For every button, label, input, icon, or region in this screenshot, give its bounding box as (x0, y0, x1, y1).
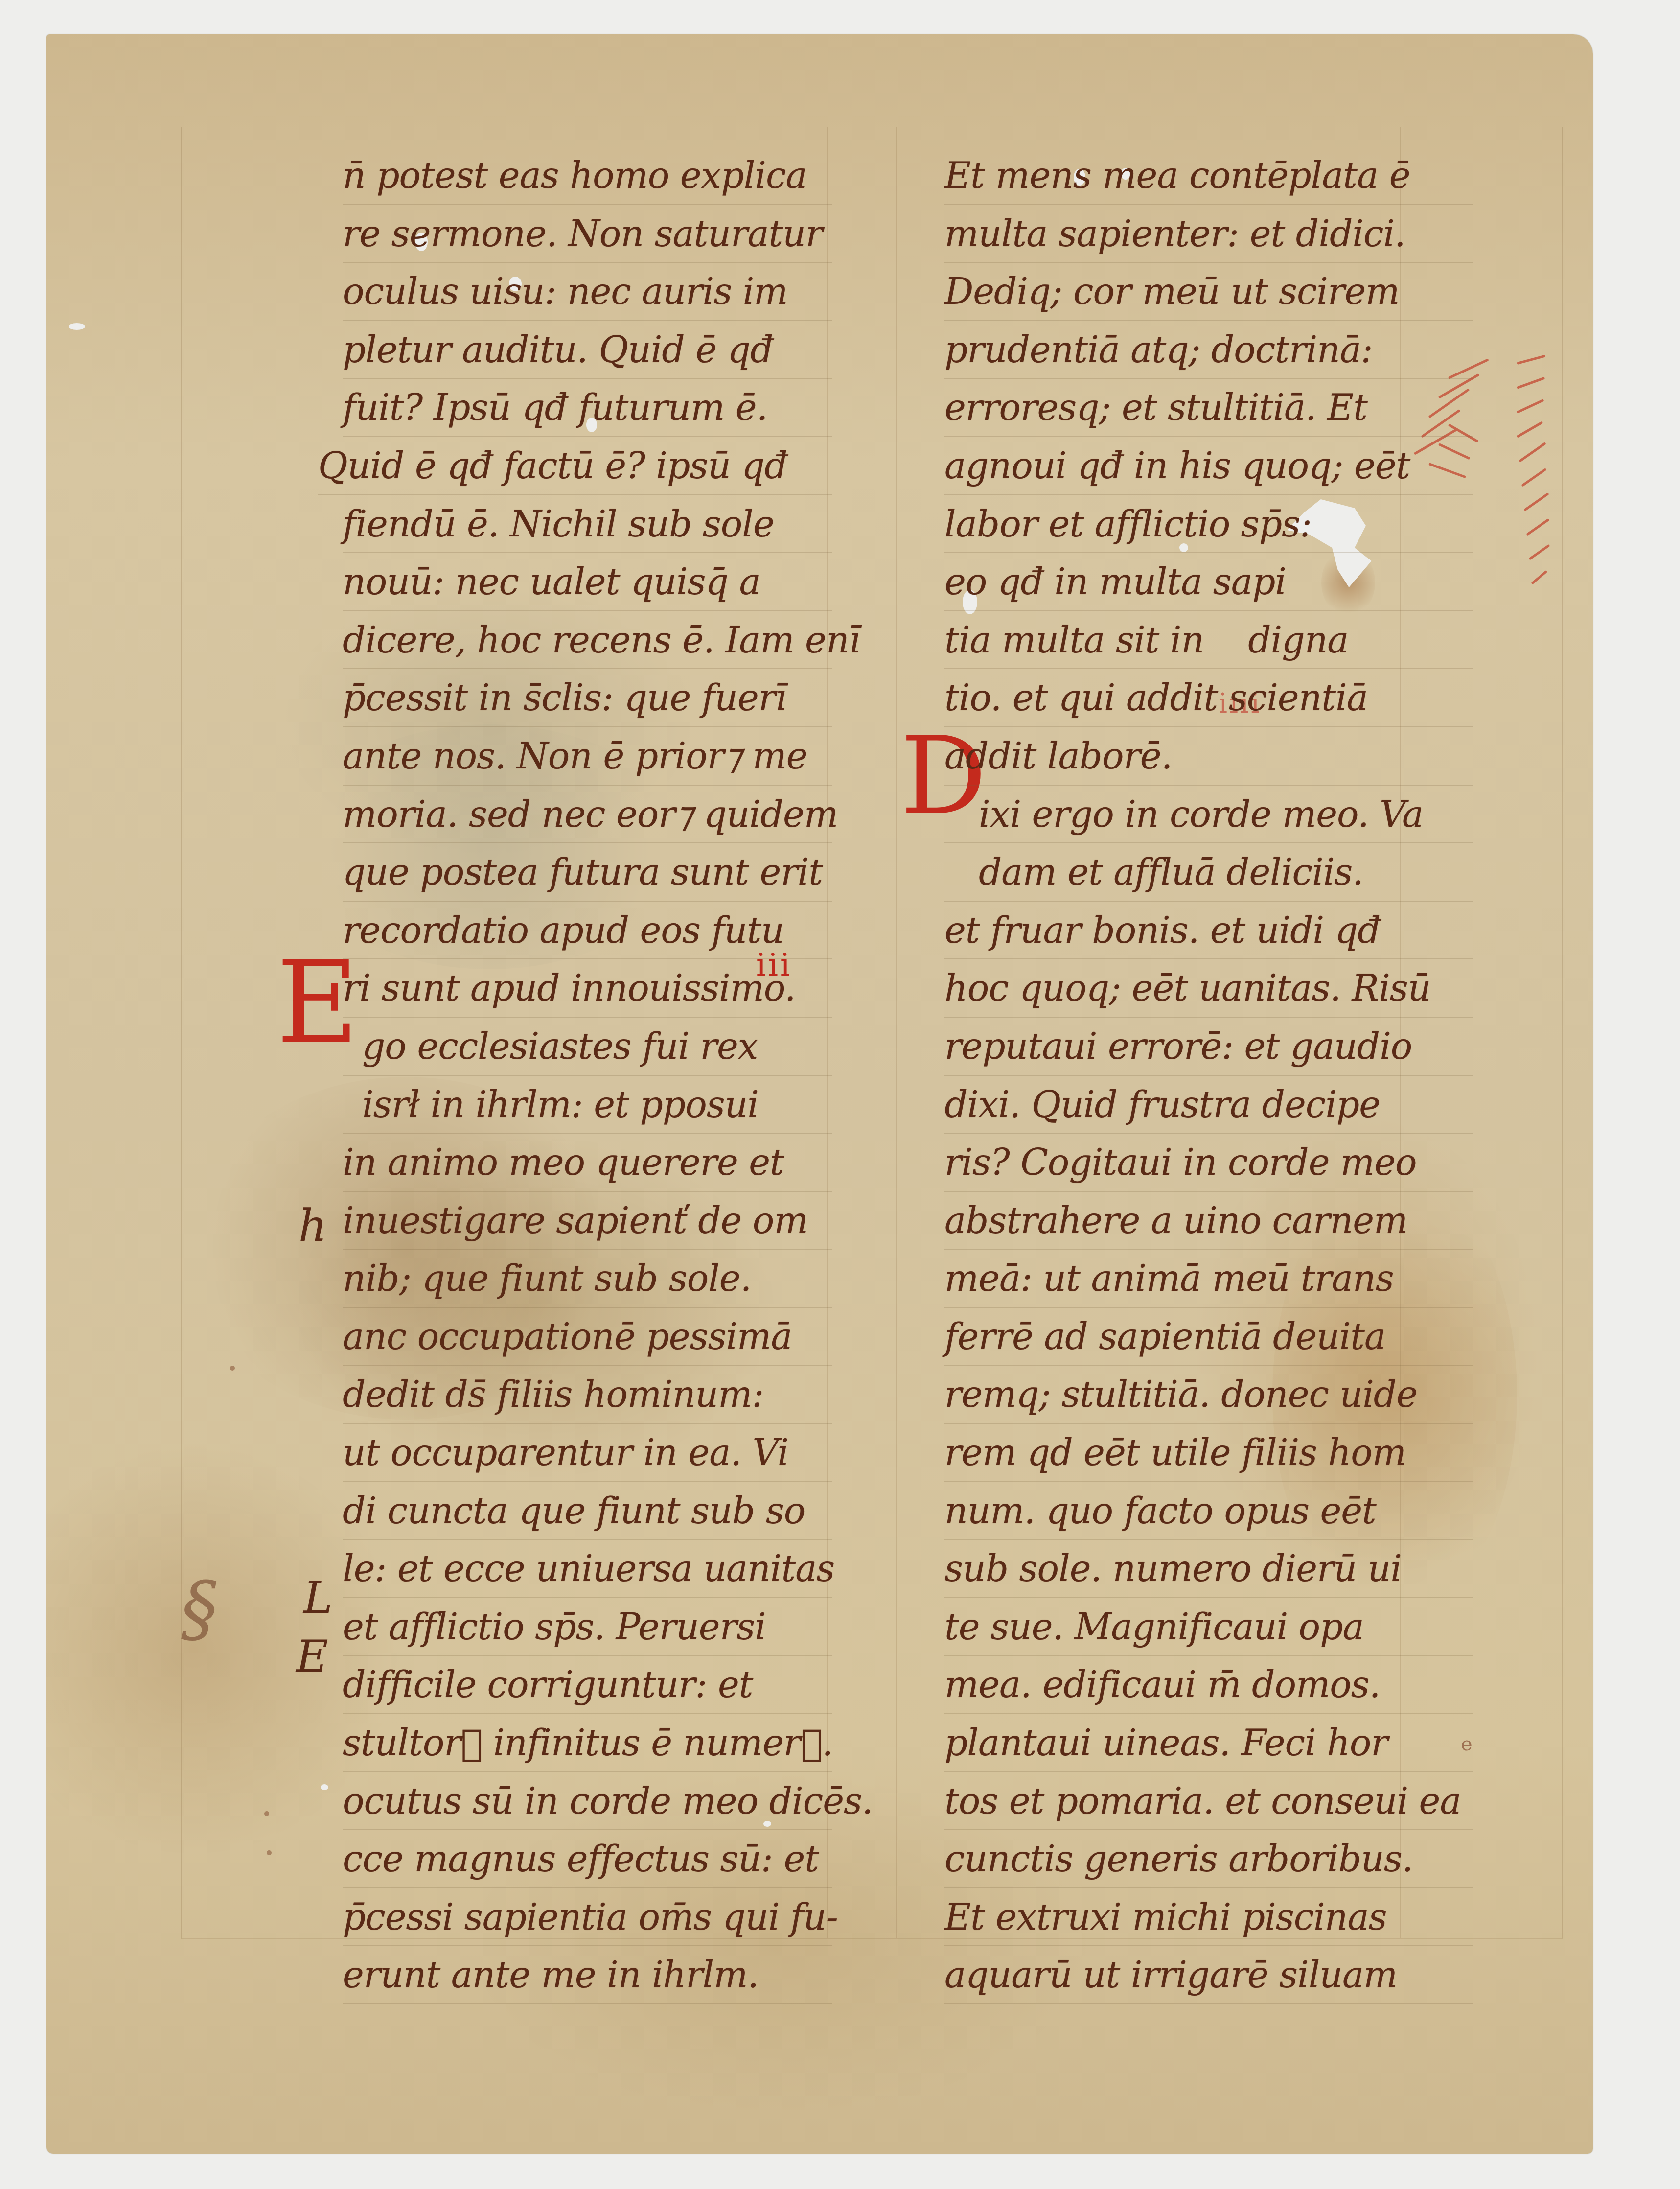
text-line: erroresq; et stultitiā. Et (944, 379, 1473, 437)
text-line: Dediq; cor meū ut scirem (944, 263, 1473, 321)
text-line: cce magnus effectus sū: et (343, 1830, 832, 1888)
text-line: stultor⁊ infinitus ē numer᷒. (343, 1714, 832, 1772)
text-line: te sue. Magnificaui opa (944, 1598, 1473, 1656)
text-line: moria. sed nec eor⁊ quidem (343, 786, 832, 844)
text-line: Et mens mea contēplata ē (944, 147, 1473, 205)
text-line: labor et afflictio sp̄s: (944, 495, 1473, 554)
text-line: dixi. Quid frustra decipe (944, 1076, 1473, 1134)
text-line: addit laborē. (944, 727, 1473, 786)
text-line: ante nos. Non ē prior⁊ me (343, 727, 832, 786)
text-line: multa sapienter: et didici. (944, 205, 1473, 263)
text-line: tos et pomaria. et conseui ea (944, 1772, 1473, 1831)
text-line: ixi ergo in corde meo. Va (944, 786, 1473, 844)
text-line: oculus uisu: nec auris im (343, 263, 832, 321)
text-line: erunt ante me in ihrlm. (343, 1946, 832, 2004)
text-column-right: Et mens mea contēplata ē multa sapienter… (944, 147, 1473, 2004)
text-line: ris? Cogitaui in corde meo (944, 1134, 1473, 1192)
text-line: plantaui uineas. Feci hor (944, 1714, 1473, 1772)
text-line: et fruar bonis. et uidi qđ (944, 902, 1473, 960)
text-line: fuit? Ipsū qđ futurum ē. (343, 379, 832, 437)
text-line: ut occuparentur in ea. Vi (343, 1424, 832, 1482)
text-line: cunctis generis arboribus. (944, 1830, 1473, 1888)
initial-h: h (299, 1204, 327, 1248)
text-line: pletur auditu. Quid ē qđ (343, 321, 832, 379)
text-line: nib; que fiunt sub sole. (343, 1250, 832, 1308)
text-line: agnoui qđ in his quoq; eēt (944, 437, 1473, 495)
text-line: reputaui errorē: et gaudio (944, 1018, 1473, 1076)
text-line: sub sole. numero dierū ui (944, 1540, 1473, 1598)
text-line: num. quo facto opus eēt (944, 1482, 1473, 1540)
text-line: fiendū ē. Nichil sub sole (343, 495, 832, 554)
text-line: go ecclesiastes fui rex (343, 1018, 832, 1076)
worm-hole (69, 323, 85, 330)
text-line: dicere, hoc recens ē. Iam enī (343, 611, 832, 670)
text-line: nouū: nec ualet quisq̄ a (343, 553, 832, 611)
initial-e: E (296, 1635, 328, 1679)
text-line: isrł in ihrlm: et pposui (343, 1076, 832, 1134)
text-line: difficile corriguntur: et (343, 1656, 832, 1714)
column-ruling (896, 127, 897, 1938)
pricking-mark (264, 1811, 269, 1816)
text-line: anc occupationē pessimā (343, 1308, 832, 1366)
text-line: mea. edificaui m̄ domos. (944, 1656, 1473, 1714)
text-line: p̄cessi sapientia om̄s qui fu- (343, 1888, 832, 1947)
text-line: in animo meo querere et (343, 1134, 832, 1192)
text-line: tio. et qui addit scientiā (944, 669, 1473, 727)
marginal-flourish: § (181, 1566, 218, 1652)
text-line: aquarū ut irrigarē siluam (944, 1946, 1473, 2004)
text-line: et afflictio sp̄s. Peruersi (343, 1598, 832, 1656)
text-line: recordatio apud eos futu (343, 902, 832, 960)
text-line: di cuncta que fiunt sub so (343, 1482, 832, 1540)
text-line: inuestigare sapienť de om (343, 1192, 832, 1250)
text-line: n̄ potest eas homo explica (343, 147, 832, 205)
text-line: re sermone. Non saturatur (343, 205, 832, 263)
text-line: Quid ē qđ factū ē? ipsū qđ (318, 437, 832, 495)
text-line: eo qđ in multa sapi (944, 553, 1473, 611)
text-line: Et extruxi michi piscinas (944, 1888, 1473, 1947)
pricking-mark (230, 1366, 235, 1371)
text-line: ocutus sū in corde meo dicēs. (343, 1772, 832, 1831)
text-line: que postea futura sunt erit (343, 843, 832, 902)
text-line: hoc quoq; eēt uanitas. Risū (944, 959, 1473, 1018)
text-line: ferrē ad sapientiā deuita (944, 1308, 1473, 1366)
text-line: dedit ds̄ filiis hominum: (343, 1366, 832, 1424)
text-line: dam et affluā deliciis. (944, 843, 1473, 902)
text-line: rem qd eēt utile filiis hom (944, 1424, 1473, 1482)
worm-hole (321, 1784, 328, 1790)
text-line: le: et ecce uniuersa uanitas (343, 1540, 832, 1598)
text-line: ri sunt apud innouissimo. (343, 959, 832, 1018)
text-line: prudentiā atq; doctrinā: (944, 321, 1473, 379)
text-line: p̄cessit in s̄clis: que fuerī (343, 669, 832, 727)
text-line: meā: ut animā meū trans (944, 1250, 1473, 1308)
text-column-left: n̄ potest eas homo explica re sermone. N… (343, 147, 832, 2004)
text-line: remq; stultitiā. donec uide (944, 1366, 1473, 1424)
text-line: tia multa sit in digna (944, 611, 1473, 670)
pricking-mark (267, 1850, 272, 1855)
text-line: abstrahere a uino carnem (944, 1192, 1473, 1250)
initial-l: L (303, 1576, 333, 1620)
